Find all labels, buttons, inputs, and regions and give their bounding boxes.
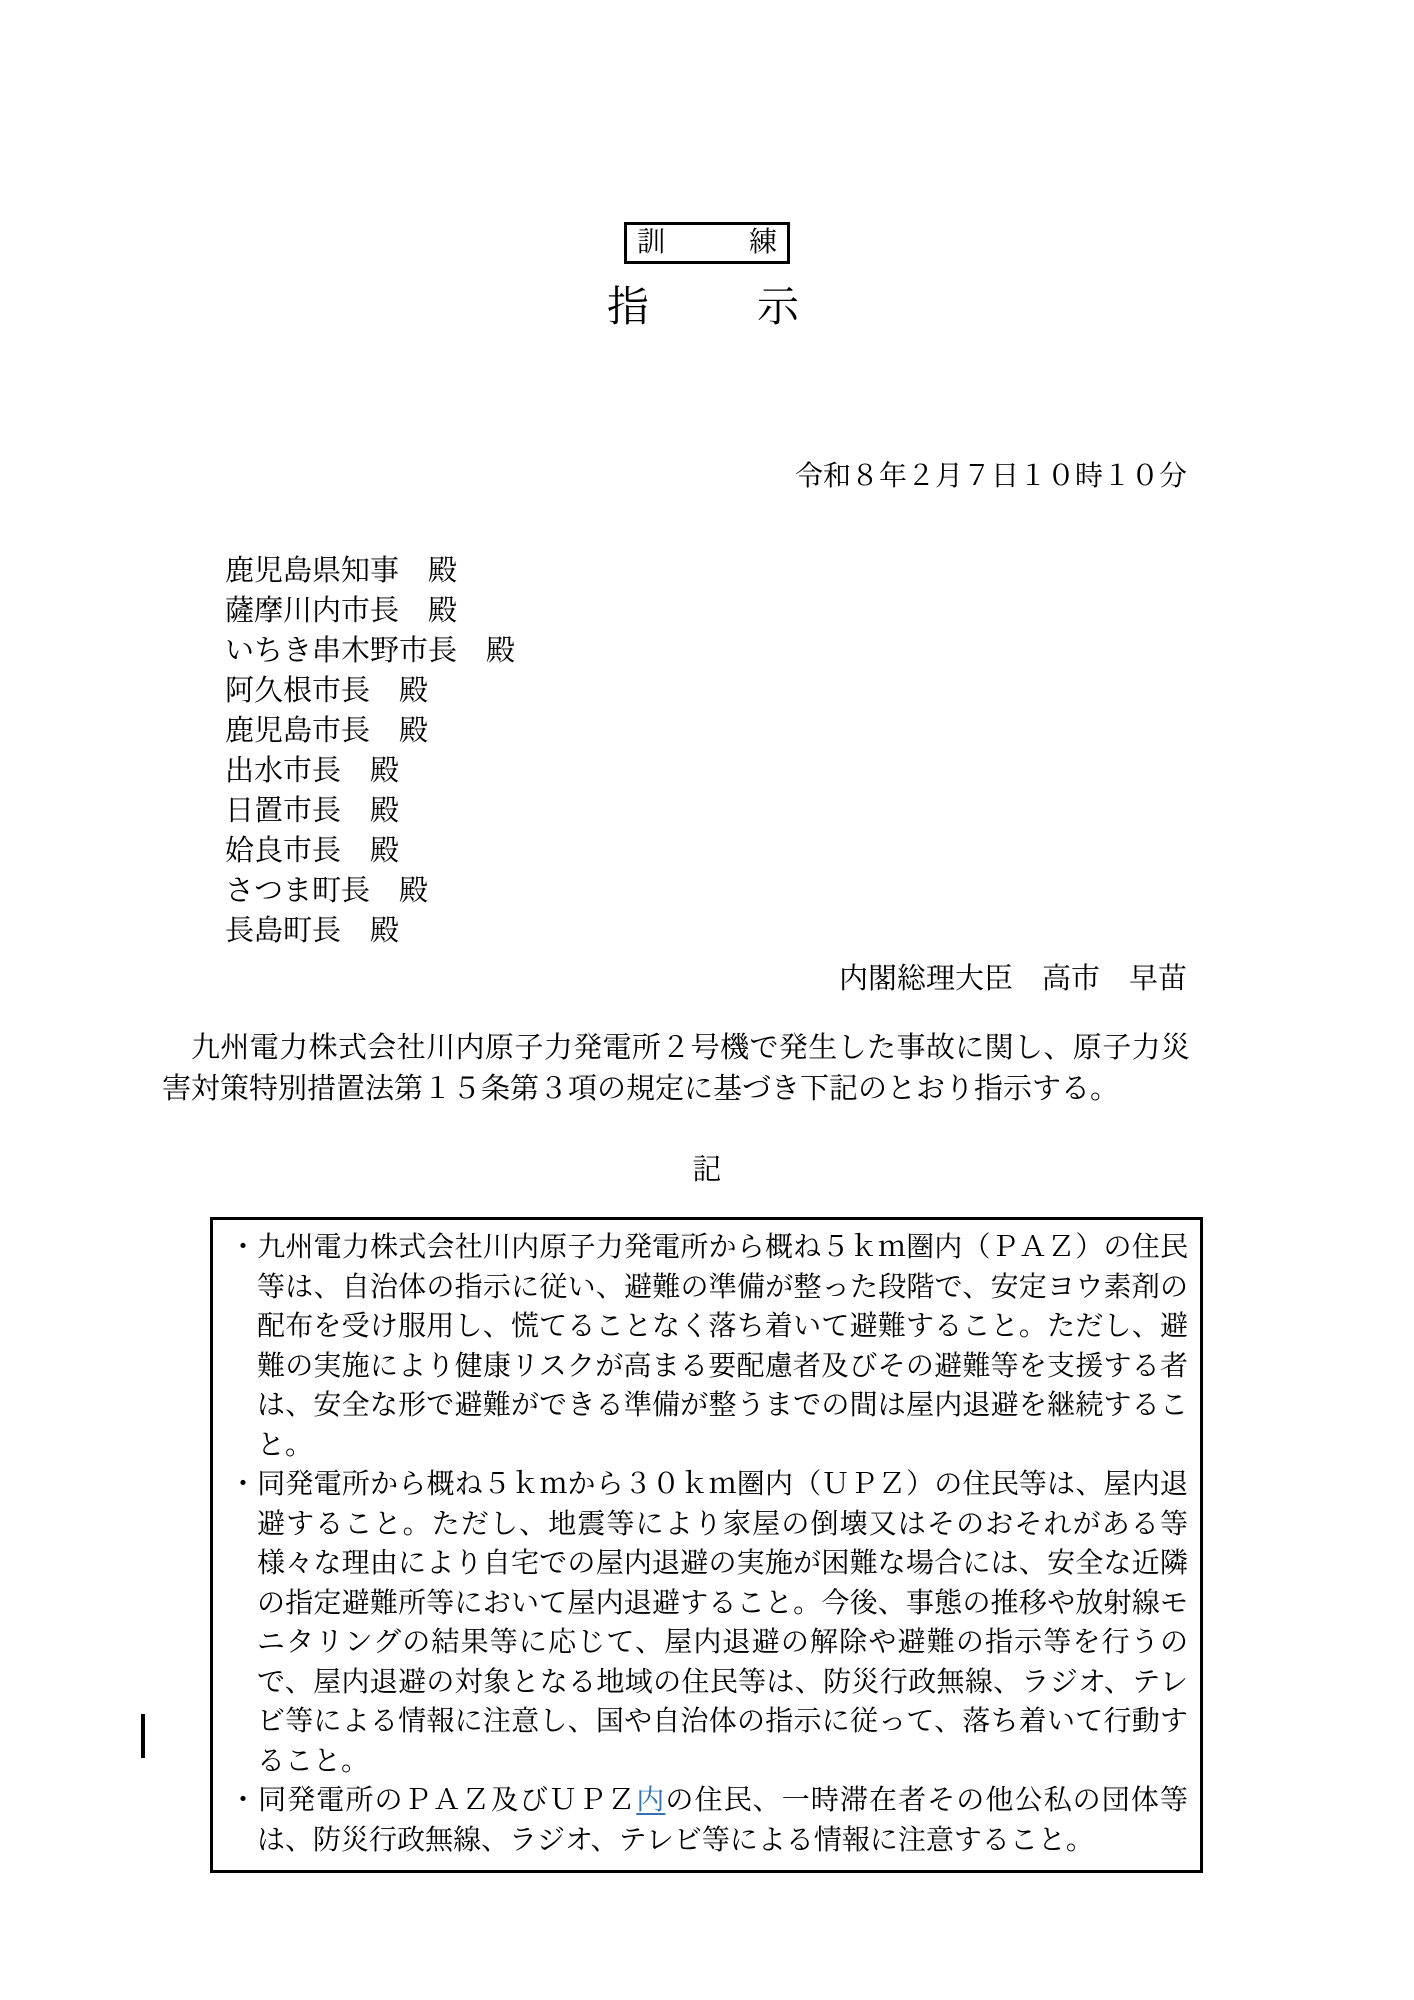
addressee-item: さつま町長 殿 bbox=[225, 871, 1414, 911]
document-page: 訓 練 指 示 令和８年２月７日１０時１０分 鹿児島県知事 殿 薩摩川内市長 殿… bbox=[0, 0, 1414, 2000]
bullet-marker: ・ bbox=[229, 1469, 257, 1500]
addressee-item: 日置市長 殿 bbox=[225, 791, 1414, 831]
instruction-box: ・九州電力株式会社川内原子力発電所から概ね５ｋｍ圏内（ＰＡＺ）の住民等は、自治体… bbox=[210, 1217, 1203, 1873]
addressee-item: 阿久根市長 殿 bbox=[225, 671, 1414, 711]
instruction-text: 同発電所から概ね５ｋｍから３０ｋｍ圏内（ＵＰＺ）の住民等は、屋内退避すること。た… bbox=[257, 1469, 1188, 1777]
addressee-item: 鹿児島市長 殿 bbox=[225, 711, 1414, 751]
addressee-item: 姶良市長 殿 bbox=[225, 831, 1414, 871]
drill-label-row: 訓 練 bbox=[0, 222, 1414, 264]
instruction-text: 同発電所のＰＡＺ及びＵＰＺ bbox=[258, 1785, 636, 1816]
addressee-item: いちき串木野市長 殿 bbox=[225, 631, 1414, 671]
addressee-item: 出水市長 殿 bbox=[225, 751, 1414, 791]
issue-datetime: 令和８年２月７日１０時１０分 bbox=[0, 456, 1187, 497]
sender-line: 内閣総理大臣 高市 早苗 bbox=[0, 959, 1187, 1000]
revision-change-bar bbox=[141, 1714, 145, 1758]
drill-label-box: 訓 練 bbox=[624, 222, 790, 264]
body-paragraph: 九州電力株式会社川内原子力発電所２号機で発生した事故に関し、原子力災害対策特別措… bbox=[162, 1028, 1190, 1110]
instruction-item: ・九州電力株式会社川内原子力発電所から概ね５ｋｍ圏内（ＰＡＺ）の住民等は、自治体… bbox=[229, 1228, 1188, 1465]
document-title: 指 示 bbox=[0, 284, 1414, 332]
bullet-marker: ・ bbox=[229, 1785, 258, 1816]
addressee-item: 長島町長 殿 bbox=[225, 911, 1414, 951]
record-marker: 記 bbox=[0, 1150, 1414, 1191]
tracked-insertion-text: 内 bbox=[636, 1785, 665, 1816]
addressee-item: 鹿児島県知事 殿 bbox=[225, 551, 1414, 591]
instruction-item: ・同発電所から概ね５ｋｍから３０ｋｍ圏内（ＵＰＺ）の住民等は、屋内退避すること。… bbox=[229, 1465, 1188, 1781]
instruction-text: 九州電力株式会社川内原子力発電所から概ね５ｋｍ圏内（ＰＡＺ）の住民等は、自治体の… bbox=[257, 1232, 1188, 1461]
addressee-item: 薩摩川内市長 殿 bbox=[225, 591, 1414, 631]
bullet-marker: ・ bbox=[229, 1232, 257, 1263]
addressee-list: 鹿児島県知事 殿 薩摩川内市長 殿 いちき串木野市長 殿 阿久根市長 殿 鹿児島… bbox=[225, 551, 1414, 951]
instruction-item: ・同発電所のＰＡＺ及びＵＰＺ内の住民、一時滞在者その他公私の団体等は、防災行政無… bbox=[229, 1781, 1188, 1860]
